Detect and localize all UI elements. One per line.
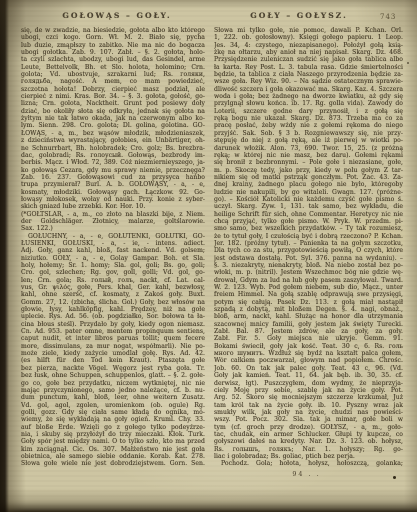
text-line: dac, golobradi; Rs. голоусый. Gołowąs, b…	[21, 152, 205, 159]
text-line: Zabł. Fir. 5. Goły miejsca nie ukryje. G…	[214, 335, 403, 342]
text-line: się, de w zwadzie, na biesiedzie, gołota…	[21, 27, 205, 34]
text-line: żyłtym nie tak łatwo okada, jak na czerw…	[21, 115, 205, 122]
text-line: Przysiędzenie zuleniczan sudzić się jako…	[214, 56, 403, 63]
text-line: liac i golobradaz; Bs. goliac, ptich bez…	[214, 453, 403, 460]
running-head-left: GOŁOWĄS – GOŁY.	[62, 11, 171, 20]
text-line: uplecie. Rys. Ad. 56. (ob. pogdziałko, S…	[21, 313, 205, 320]
text-line: Leute, Bettelvolk, Bh. et Slo. holota, h…	[21, 64, 205, 71]
text-line: tym (cf. groch przy drodze). GOŁYSZ, - a…	[214, 424, 403, 431]
text-line: Vd. gol, agol, zgolen, uromienkom (ob. o…	[21, 402, 205, 409]
text-line: ne Schnurrbart, Bh. holobradek; Cro. gol…	[21, 145, 205, 152]
text-line: Zabł. Bal. 87. Jestem zdrów, ale za goły…	[214, 328, 403, 335]
text-line: go). – Kościół Katolicki nie każdemu czy…	[214, 196, 403, 203]
text-line: gołyszowi dałeś na kredyty. Nar. Dz. 3. …	[214, 438, 403, 445]
text-line: przyjść. Sak. Sob. § 3 b. Rozgniewawszy …	[214, 130, 403, 137]
text-line: pracę posłać, żeby wżdy nie z gołemi ręk…	[214, 122, 403, 129]
text-line: ręką; w której nic nie masz, bez daru). …	[214, 152, 403, 159]
text-line: darunek włożik. Alon. 73, 690. Twor. 15,…	[214, 145, 403, 152]
text-line: Goły spór jest między nami. O to tylko s…	[21, 438, 205, 445]
text-line: dum punctum, kahl, bloß, leer, ohne weit…	[21, 394, 205, 401]
text-line: woda i goła; bez żadnego na dworze kwiat…	[214, 93, 403, 100]
text-line: tam król tak na życie goły. ib. 10. Pysz…	[214, 402, 403, 409]
text-line: (*GOŁTŚLAR, - a, m., co złoto na blaszki…	[21, 211, 205, 218]
text-line: ŁOWĄS, - a, m., bez wąsów młodzik, młodz…	[21, 130, 205, 137]
text-line: auf bloße Erde. Wzięli go z gołego tylko…	[21, 424, 205, 431]
text-line: Gomm. 27, 12. (zbicha, ślicha. Gol.) Goł…	[21, 299, 205, 306]
text-line: dliwość szczera i goła okazować ma. Skar…	[214, 86, 403, 93]
text-line: Słowa mi tylko gołe, nie pomoc, dawali P…	[214, 27, 403, 34]
text-line: bez łusk, ohne Schuppen, schuppenlos, gl…	[21, 372, 205, 379]
text-line: cierpieć z nimi. Kras. Bor. 34. – §. 3. …	[21, 93, 205, 100]
printer-signature: 94 . .	[212, 470, 401, 478]
left-text-column: się, de w zwadzie, na biesiedzie, gołota…	[21, 27, 205, 468]
running-head-right: GOŁY – GOŁYSZ.	[250, 11, 347, 20]
text-line: derwisz, łgt). Puszczygłem, dom wydmy, ż…	[214, 380, 403, 387]
text-line: heilige Schrift für sich, ohne Commentar…	[214, 211, 403, 218]
text-line: ludzie nie nakupili, by go witaleli. Gwa…	[214, 189, 403, 196]
text-line: lub duzie, zmąpłszy to zabitko. Nie ma n…	[21, 42, 205, 49]
text-line: włoki, m. p. (nitril). Jestem Wszechmoc …	[214, 269, 403, 276]
text-line: może ziele, kiedy zażycie umodlał gołę. …	[21, 350, 205, 357]
ink-speck	[393, 476, 396, 479]
text-line: Cro. gol, szlechen; Rg. gov, goll, golli…	[21, 269, 205, 276]
page-number: 743	[380, 13, 396, 21]
text-line: W. 2. 123. Wyb. Pod gołem niebem, sub di…	[214, 284, 403, 291]
text-line: Jes. 34, 4: czystego, niezapisanego). Po…	[214, 42, 403, 49]
text-line: obietnica, ale samego siebie oddanie. Ko…	[21, 453, 205, 460]
scanned-dictionary-page: GOŁOWĄS – GOŁY. GOŁY – GOŁYSZ. 743 się, …	[0, 0, 417, 512]
text-line: lym. Sienn. 298. Cro. golota; Dl. golina…	[21, 122, 205, 129]
text-line: 1, 222. ob. gołosłowny). Księgi gołego p…	[214, 34, 403, 41]
text-line: smukły wilk, jak goły na życie, chudzi n…	[214, 409, 403, 416]
text-line: ko gołowąs Cezara, gdy mu sprawy niemie,…	[21, 167, 205, 174]
text-line: żkę na ołtarzu, aby anioł na niej napisa…	[214, 49, 403, 56]
text-line: kahl, ohne szerść, cf. kosmaty, z Żakoś …	[21, 291, 205, 298]
text-line: łowąsy młokosek, wołay od nauki. Przy. k…	[21, 196, 205, 203]
text-line: wszy. Pot. Pocz. 302. Sla. tak ja mimar,…	[214, 416, 403, 423]
text-line: wiemy, że się wykładają na goły ogień. K…	[21, 416, 205, 423]
text-line: golli, gozz. Gdy się ciała same kładą do…	[21, 409, 205, 416]
text-line: Pochodz. Gola; hołota, hołysz, hołoszczą…	[214, 460, 403, 467]
text-line: nikiem się od matki pstrząk gonczłym. Po…	[214, 174, 403, 181]
text-line: Słowa gołe wiele nie jest dobrodziejstwe…	[21, 460, 205, 467]
text-line: drował, Gdym za lud na lub goły pasem za…	[214, 277, 403, 284]
text-line: freiem Himmel. Na gołą szablę odprawują …	[214, 291, 403, 298]
text-line: много шумитъ. Wzdłuż się bydź na kształt…	[214, 350, 403, 357]
text-line: mając przyczynionego, samo jedno należąc…	[21, 387, 205, 394]
text-line: Job. 60. On tak jak palec goły. Teat. 43…	[214, 365, 403, 372]
text-line: trupa przymierał? Burl. A. b. GOŁOWĄSY, …	[21, 181, 205, 188]
text-line: go co, gołe bez przydatku, niczem wytkni…	[21, 380, 205, 387]
text-line: §. 3. niezakryty, nienakryty, bloß. Na n…	[214, 262, 403, 269]
text-line: z dzieciństwa wyrastający, gołobies, ein…	[21, 137, 205, 144]
right-text-column: Słowa mi tylko gołe, nie pomoc, dawali P…	[214, 27, 403, 468]
text-line: голядьба, nagość. A mem, co mam powiedzi…	[21, 78, 205, 85]
text-line: caput nudit, et inter libros paruas toll…	[21, 335, 205, 342]
text-line: nia, i skuby się przyłożył do trzy miecz…	[21, 431, 205, 438]
text-line: dnej krainy, żadnego placu gołego nie by…	[214, 181, 403, 188]
text-line: bez pierza, nackte Vögel. Węgorz jest ry…	[21, 365, 205, 372]
text-line: wsze goła. Rey Wiz. 90. – Na sądzie osta…	[214, 78, 403, 85]
text-line: kosmaty, młodziki. Gołowąsy gach. Łączko…	[21, 189, 205, 196]
text-line: niziutko. GOŁY, - a, - e, Golay Gampar. …	[21, 255, 205, 262]
text-line: potym się całują. Pasek Dz. 113. z gołą …	[214, 299, 403, 306]
text-line: der Goldschläger. Złotnicy, malarze, gol…	[21, 218, 205, 225]
text-line: Loterii, szczere godne dary przynosił, i…	[214, 108, 403, 115]
text-line: Rs. голышъ, голякъ; Nar. 1. hołyszy; Rg.…	[214, 446, 403, 453]
text-line: ta czyli szlachta, ubodzy, ubogi lud, da…	[21, 56, 205, 63]
text-line: GOŁUCHNY, - a, - e, GOŁUTEŃKI, GOŁUTKI, …	[21, 233, 205, 240]
text-line: dziać, bo okoliły słota się odkryła, jed…	[21, 108, 205, 115]
text-line: Jer. 182. (próżny tytuł). – Panienka ta …	[214, 240, 403, 247]
text-line: chcą przyjąć, tylko gołe pismo. W. Pryk.…	[214, 218, 403, 225]
text-line: Adj. Goły, ganz kahl, bloß, fast nackend…	[21, 247, 205, 254]
text-line: m. p. Skoczę tedy, jako przy, kiedy w po…	[214, 167, 403, 174]
text-line: berbis. Mącz. i Włod. 72, 389. Cóż niezm…	[21, 159, 205, 166]
text-columns: się, de w zwadzie, na biesiedzie, gołota…	[21, 27, 403, 468]
text-line: Zab. 16. 237. Gołowąsowi cud za przysyca…	[21, 174, 205, 181]
text-line: że to tytuł goły, I czułością być i dobr…	[214, 233, 403, 240]
text-line: uczył. Skarg. Zyw. 1, 131. tak samo, bez…	[214, 203, 403, 210]
text-line: skich gniazd lube zrzebki. Kor. Hor. 10.	[21, 203, 205, 210]
text-line: golota; Vd. ubostvuje, szrakarni lud; Rs…	[21, 71, 205, 78]
text-line: Arg. 52. Skoro się mocniejszym szczerze …	[214, 394, 403, 401]
text-line: szczotna hołota! Dobrzy, cierpieć masz p…	[21, 86, 205, 93]
text-line: more, dissimulans, za mur nogat, współma…	[21, 343, 205, 350]
ink-speck	[407, 62, 409, 64]
text-line: Wór całkiem poczwarzał, głowym nad popio…	[214, 357, 403, 364]
text-line: ciely Moję przy sobie, szablę jak na życ…	[214, 387, 403, 394]
text-line: kim zaciągnął. Cic. Os. 307. Małżeństwo …	[21, 446, 205, 453]
text-line: vus, Gr. ψιλός, gołe, Pers. khal, Ger. k…	[21, 284, 205, 291]
text-line: stępuję do niej z gołą ręką, ale iż pier…	[214, 137, 403, 144]
text-line: smo samo, bez wszelkich przydatków. – Ty…	[214, 225, 403, 232]
text-line: jest odstawa dostałą. Pot. Syl. 376. pan…	[214, 255, 403, 262]
text-line: Goły jak kamień. Teat. 11, 64. jak bęb. …	[214, 372, 403, 379]
text-line: ubogi, czci kogo. Gorn. Wł. M. 2. Biało …	[21, 34, 205, 41]
text-line: szpadą z dobytą, mit bloßem Degen. §. 4.…	[214, 306, 403, 313]
text-line: będzie, ta tablica z ciała Naszego przyr…	[214, 71, 403, 78]
text-line: głowie, łysy, kahlköpfig, kahl. Prędzey,…	[21, 306, 205, 313]
text-line: cina błous steśl). Przydało by goły, kie…	[21, 321, 205, 328]
text-line: Bokami świecił, goły jak kość. Teat. 30 …	[214, 343, 403, 350]
text-line: przylgnął słowu końca. ib. 17. Rg. golla…	[214, 100, 403, 107]
text-line: się bronił z bezbronnymi. – Pole gołe i …	[214, 159, 403, 166]
text-line: bloß, arm, nackt, kahl. Służąc na honor …	[214, 313, 403, 320]
text-line: szacownej mnicy familii, goły jestem jak…	[214, 321, 403, 328]
text-line: ŁUSIEŃKI, GOŁUSKI, - a, - ie, - intens. …	[21, 240, 205, 247]
text-line: Sax. 122.)	[21, 225, 205, 232]
text-line: ręką bogu nie ukazał. Skarg. Dz. 873. Tr…	[214, 115, 403, 122]
text-line: tac, chudak, ein armer Schlucker. Głupi …	[214, 431, 403, 438]
text-line: holy, hołemy; Sr. 1. homy; Sla. gol, gol…	[21, 262, 205, 269]
text-line: ubogi gołotka. Zab. 9. 107. Zabł. – §. 2…	[21, 49, 205, 56]
text-line: Dla tych co za stu, przygotowieścią powi…	[214, 247, 403, 254]
text-line: (es hilft für den Tod kein Kraut). Ptasz…	[21, 357, 205, 364]
text-line: Cn. Ad. 953. pater omne, mentem propinqu…	[21, 328, 205, 335]
text-line: len; Crn. gola; Rs. голый, голъ, nackt, …	[21, 277, 205, 284]
text-line: ła karta. Rey Post. L. 3. tabula rasa. G…	[214, 64, 403, 71]
text-line: lizna; Crn. golota, Nacktheit. Grunt pod…	[21, 100, 205, 107]
